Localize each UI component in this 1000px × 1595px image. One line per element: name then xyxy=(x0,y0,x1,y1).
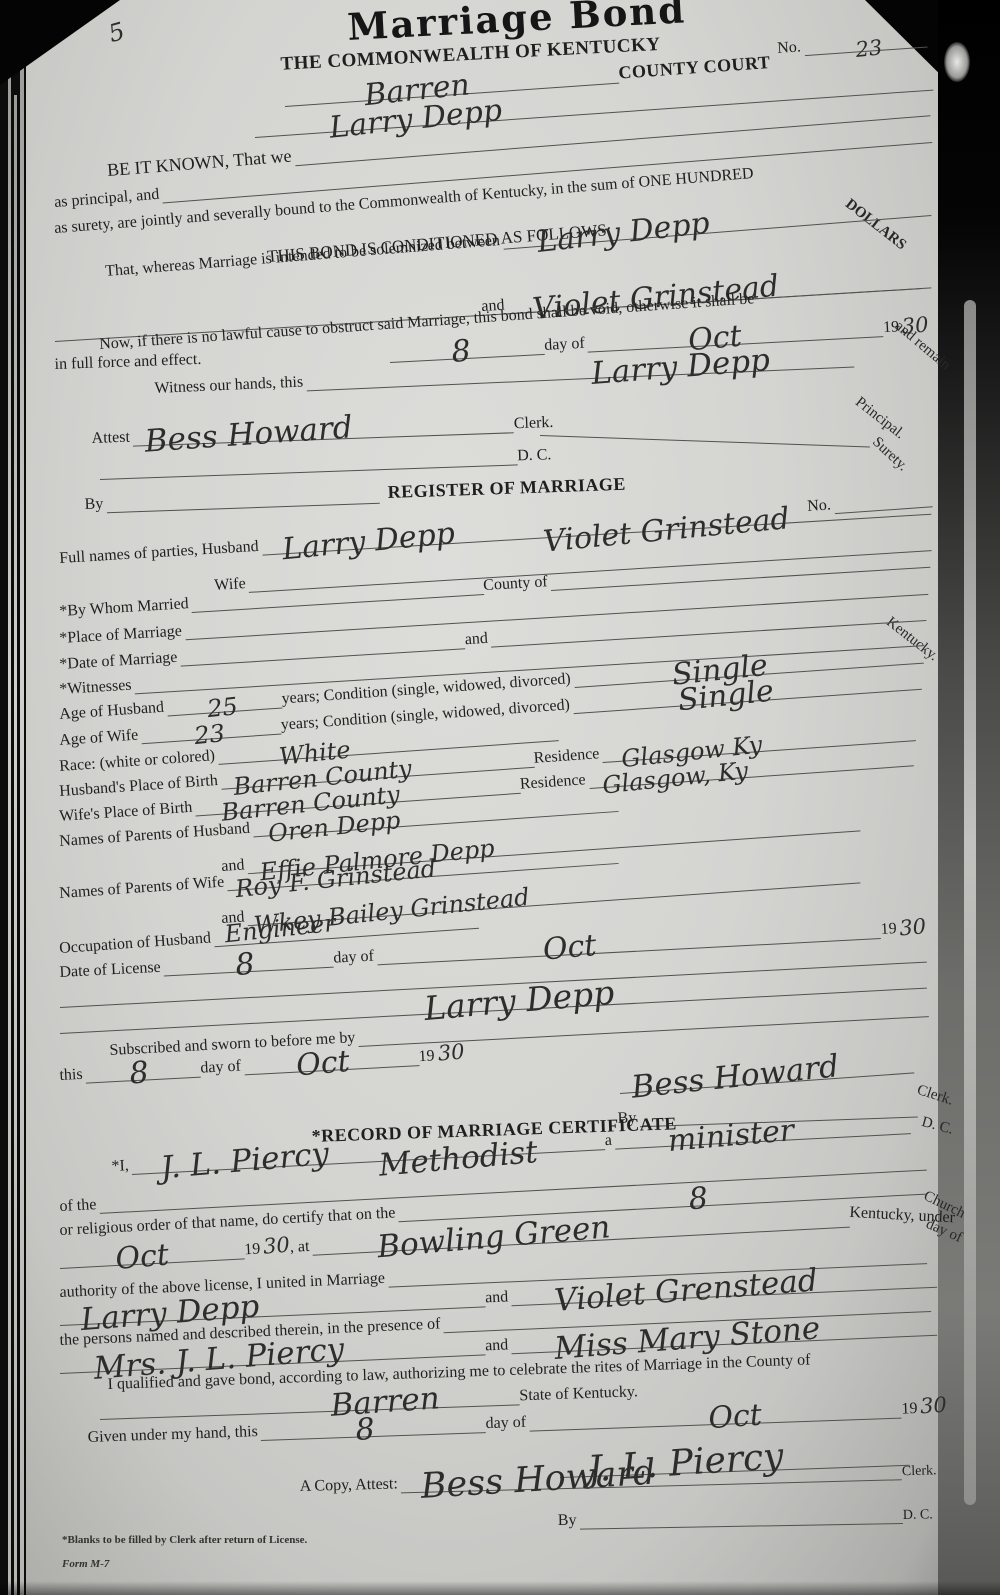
copy-attest-label: A Copy, Attest: xyxy=(300,1475,402,1496)
witness-day-of-label: day of xyxy=(544,334,588,355)
form-number-row: Form M-7 xyxy=(62,1558,109,1571)
witness-day-handwriting: 8 xyxy=(450,337,471,366)
given-year-handwriting: 30 xyxy=(920,1396,948,1417)
certificate-dc-label: D. C. xyxy=(903,1508,936,1525)
kentucky-under-label: Kentucky, under xyxy=(849,1203,958,1227)
certificate-by-label: By xyxy=(558,1512,580,1531)
certificate-and1-label: and xyxy=(485,1288,512,1308)
sworn-day-handwriting: 8 xyxy=(128,1059,149,1088)
sworn-year-handwriting: 30 xyxy=(437,1042,465,1063)
certificate-day-handwriting: 8 xyxy=(688,1185,709,1214)
certificate-year-handwriting: 30 xyxy=(262,1236,290,1257)
register-and-label: and xyxy=(464,630,491,650)
scanned-marriage-bond-page: Marriage Bond No. 23 5 THE COMMONWEALTH … xyxy=(0,0,1000,1595)
certificate-year-prefix: 19 xyxy=(244,1240,264,1259)
i-label: *I, xyxy=(111,1157,132,1176)
sworn-month-handwriting: Oct xyxy=(295,1048,351,1080)
age-husband-handwriting: 25 xyxy=(206,696,239,721)
witness-year-prefix: 19 xyxy=(883,318,903,337)
given-day-handwriting: 8 xyxy=(354,1416,375,1444)
certificate-county-handwriting: Barren xyxy=(330,1385,441,1420)
attest-label: Attest xyxy=(91,429,133,449)
this-label: this xyxy=(59,1065,86,1085)
footnote-text: *Blanks to be filled by Clerk after retu… xyxy=(62,1534,307,1547)
bond-by-label: By xyxy=(84,495,106,514)
age-wife-handwriting: 23 xyxy=(193,723,226,748)
dc-label: D. C. xyxy=(517,446,555,466)
sworn-day-of-label: day of xyxy=(200,1057,244,1078)
certificate-clerk-label: Clerk. xyxy=(902,1464,940,1481)
license-day-of-label: day of xyxy=(333,947,377,968)
page-curl-highlight xyxy=(964,300,976,1505)
sworn-year-prefix: 19 xyxy=(418,1047,438,1066)
license-year-prefix: 19 xyxy=(880,919,900,938)
license-day-handwriting: 8 xyxy=(234,950,255,979)
license-year-handwriting: 30 xyxy=(899,917,927,938)
bond-no-value-handwriting: 23 xyxy=(855,38,884,60)
footnote-row: *Blanks to be filled by Clerk after retu… xyxy=(62,1534,307,1547)
binding-glare xyxy=(944,42,970,82)
given-year-prefix: 19 xyxy=(901,1399,921,1418)
form-number: Form M-7 xyxy=(62,1558,109,1571)
given-day-of-label: day of xyxy=(485,1413,529,1433)
certificate-month-handwriting: Oct xyxy=(114,1241,170,1273)
bottom-edge-shadow xyxy=(0,1581,1000,1595)
at-label: , at xyxy=(289,1237,312,1257)
condition-wife-handwriting: Single xyxy=(676,678,774,715)
of-the-label: of the xyxy=(59,1196,100,1216)
given-month-handwriting: Oct xyxy=(707,1401,762,1432)
book-page-stack-edge xyxy=(0,0,26,1595)
clerk-label: Clerk. xyxy=(514,414,557,434)
certificate-and2-label: and xyxy=(485,1336,512,1356)
witness-year-handwriting: 30 xyxy=(901,315,929,336)
license-month-handwriting: Oct xyxy=(542,932,598,964)
bond-no-label: No. xyxy=(777,38,805,58)
